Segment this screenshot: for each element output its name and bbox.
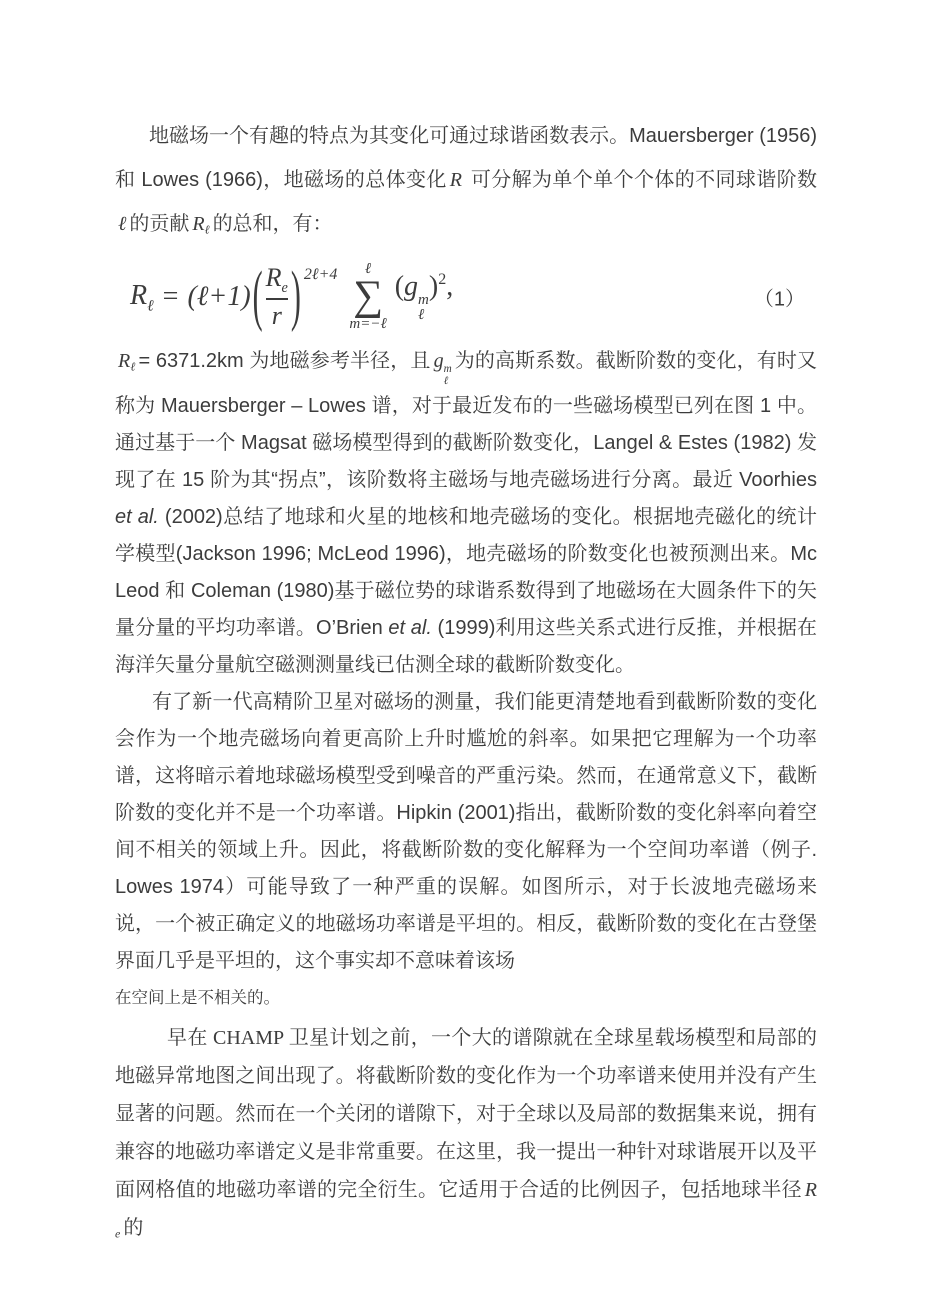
equation-comma: ,	[446, 271, 453, 302]
inline-math-var: Rℓ	[189, 213, 212, 235]
var-R: R	[130, 280, 147, 311]
line-spatially-uncorrelated: 在空间上是不相关的。	[115, 980, 817, 1016]
latin-run: Magsat	[241, 432, 312, 454]
fraction-numerator: Re	[266, 263, 288, 297]
inline-math-var: ℓ	[115, 213, 129, 235]
right-paren: )	[291, 259, 301, 336]
latin-run: Mauersberger – Lowes	[161, 395, 372, 417]
sigma-symbol: ∑	[353, 277, 383, 317]
exponent: 2ℓ+4	[304, 266, 337, 284]
summation: ℓ ∑ m=−ℓ	[349, 262, 386, 332]
math-symbol: R	[118, 350, 130, 372]
equals-sign: =	[163, 281, 179, 313]
paragraph-champ: 早在 CHAMP 卫星计划之前，一个大的谱隙就在全球星载场模型和局部的地磁异常地…	[115, 1019, 817, 1252]
text-run: 为地磁参考半径，且	[249, 350, 430, 372]
left-paren: (	[253, 259, 263, 336]
var-g-indices: mℓ	[418, 293, 429, 323]
latin-run: (2002)	[165, 506, 223, 528]
text-run: 早在	[167, 1027, 213, 1049]
paragraph-after-equation: Rℓ= 6371.2km 为地磁参考半径，且gmℓ为的高斯系数。截断阶数的变化，…	[115, 343, 817, 684]
latin-run: Hipkin (2001)	[396, 802, 515, 824]
latin-run: et al.	[383, 617, 438, 639]
document-page: { "page": { "colors": { "background": "#…	[0, 0, 926, 1309]
var-Re: R	[266, 263, 282, 292]
latin-run: (Jackson 1996; McLeod 1996)	[176, 543, 446, 565]
var-g-sup: m	[418, 293, 429, 308]
degree-factor: (ℓ+1)	[187, 281, 250, 313]
math-symbol: R	[192, 213, 204, 235]
latin-run: Langel & Estes (1982)	[593, 432, 797, 454]
inline-math-var: R	[447, 169, 465, 191]
summation-lower-limit: m=−ℓ	[349, 317, 386, 332]
gauss-term: (gmℓ)2,	[395, 271, 454, 323]
fraction: Re r	[266, 263, 288, 331]
math-indices: mℓ	[444, 364, 452, 388]
equation-lhs: Rℓ	[130, 280, 154, 316]
text-run: 可分解为单个单个个体的不同球谐阶数	[465, 169, 817, 191]
term-squared: 2	[438, 271, 446, 288]
fraction-denominator: r	[272, 300, 282, 331]
equation-body: Rℓ = (ℓ+1) ( Re r ) 2ℓ+4 ℓ ∑ m=−ℓ (gmℓ)2…	[130, 262, 453, 332]
latin-run: CHAMP	[213, 1027, 289, 1049]
math-symbol: ℓ	[118, 213, 126, 235]
text-run: 和	[115, 169, 141, 191]
text-run: 的总和，有：	[213, 213, 333, 235]
math-symbol: g	[434, 350, 444, 372]
math-sub: ℓ	[130, 360, 135, 374]
latin-run: Voorhies	[739, 469, 817, 491]
latin-run: O’Brien	[316, 617, 383, 639]
text-run: 地磁场一个有趣的特点为其变化可通过球谐函数表示。	[149, 125, 629, 147]
latin-run: (1999)	[438, 617, 496, 639]
var-g-sub: ℓ	[418, 308, 424, 323]
math-symbol: R	[450, 169, 462, 191]
equation-1: Rℓ = (ℓ+1) ( Re r ) 2ℓ+4 ℓ ∑ m=−ℓ (gmℓ)2…	[115, 253, 817, 341]
text-run: 和	[165, 580, 191, 602]
math-sub: ℓ	[444, 376, 449, 388]
latin-run: Mauersberger (1956)	[629, 125, 817, 147]
var-Re-sub: e	[282, 281, 288, 297]
text-run: 卫星计划之前，一个大的谱隙就在全球星载场模型和局部的地磁异常地图之间出现了。将截…	[115, 1027, 817, 1201]
latin-run: Lowes (1966)	[141, 169, 263, 191]
text-run: 的贡献	[129, 213, 189, 235]
paragraph-satellite-measurements: 有了新一代高精阶卫星对磁场的测量，我们能更清楚地看到截断阶数的变化会作为一个地壳…	[115, 684, 817, 980]
text-run: 的	[123, 1217, 143, 1239]
term-open-paren: (	[395, 271, 404, 302]
math-sub: ℓ	[205, 222, 210, 236]
math-sub: e	[115, 1226, 120, 1240]
paragraph-intro: 地磁场一个有趣的特点为其变化可通过球谐函数表示。Mauersberger (19…	[115, 114, 817, 251]
text-run: ，地磁场的总体变化	[263, 169, 447, 191]
latin-run: = 6371.2km	[138, 350, 249, 372]
inline-math-var: Rℓ	[115, 350, 138, 372]
text-run: ，地壳磁场的阶数变化也被预测出来。	[446, 543, 791, 565]
text-run: 磁场模型得到的截断阶数变化，	[312, 432, 593, 454]
term-close-paren: )	[429, 271, 438, 302]
inline-math-var: gmℓ	[431, 350, 455, 372]
equation-number: （1）	[754, 283, 805, 312]
var-R-sub: ℓ	[147, 297, 154, 314]
text-run: 在空间上是不相关的。	[115, 989, 280, 1007]
latin-run: et al.	[115, 506, 165, 528]
math-symbol: R	[805, 1179, 817, 1201]
document-body: 地磁场一个有趣的特点为其变化可通过球谐函数表示。Mauersberger (19…	[115, 114, 817, 1252]
latin-run: Coleman (1980)	[191, 580, 335, 602]
var-g: g	[404, 271, 418, 302]
